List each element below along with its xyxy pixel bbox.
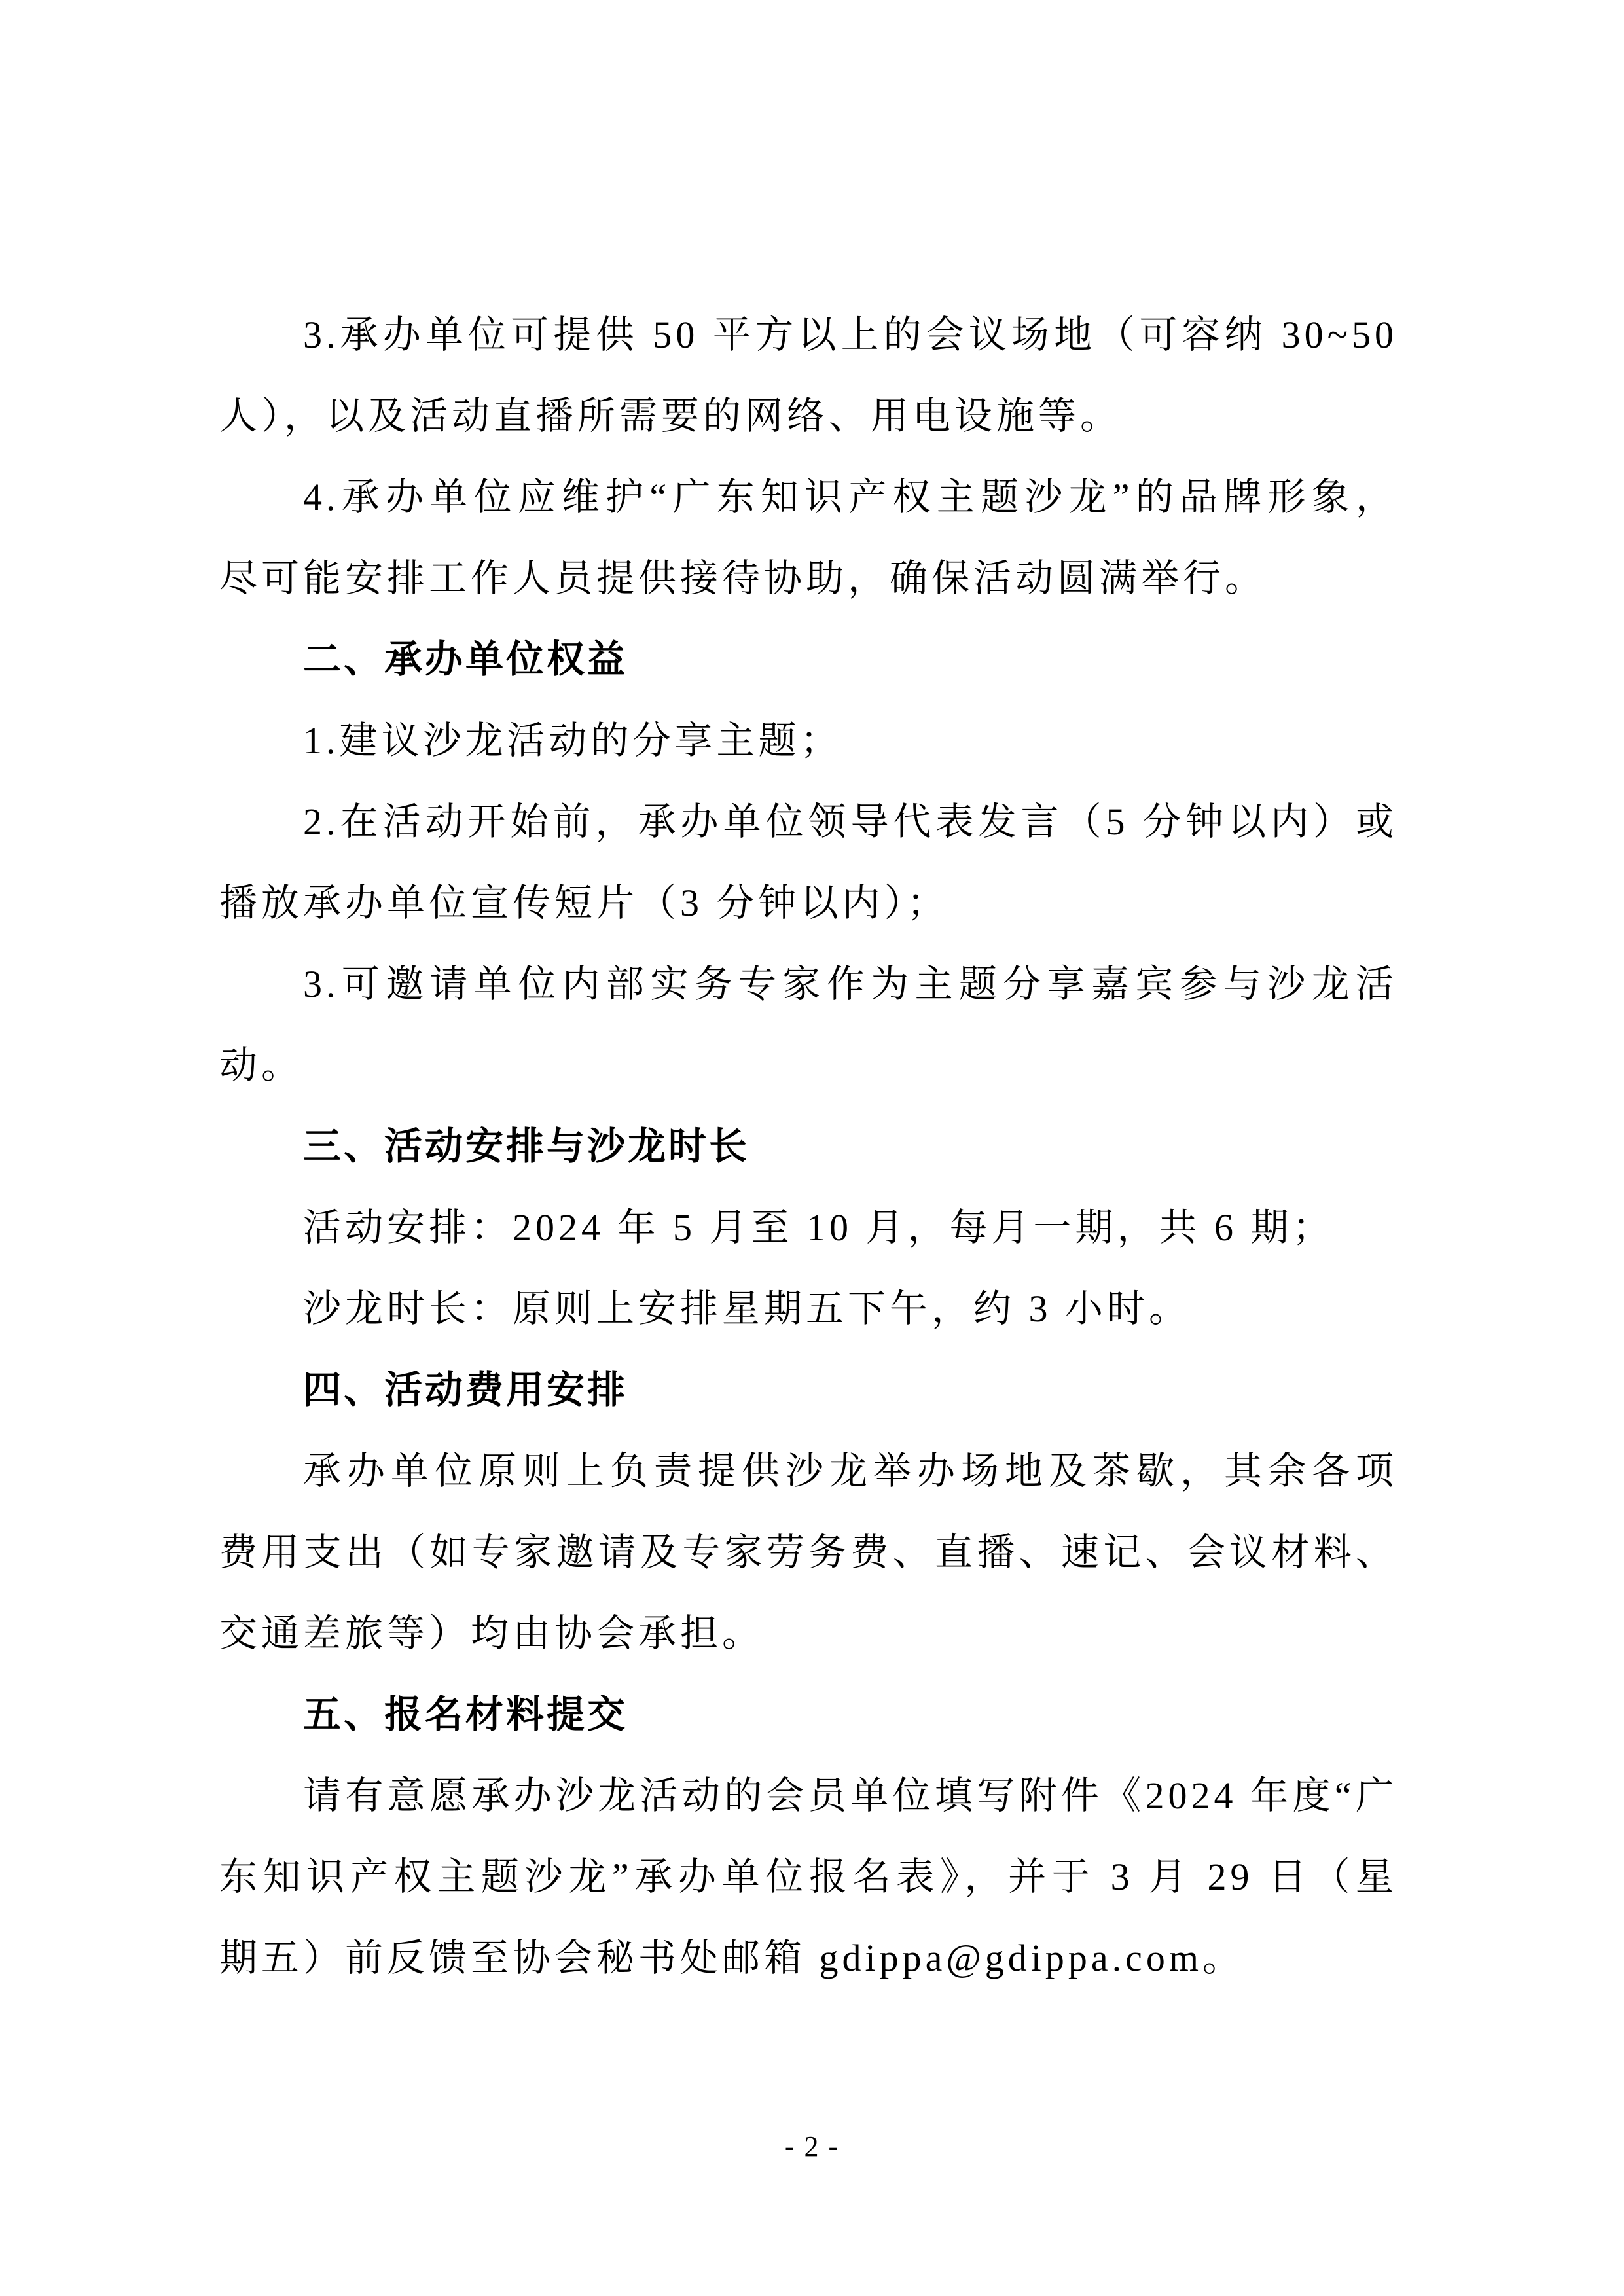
body-line: 东知识产权主题沙龙”承办单位报名表》，并于 3 月 29 日（星 xyxy=(219,1837,1398,1918)
body-line: 播放承办单位宣传短片（3 分钟以内）； xyxy=(219,863,1398,944)
body-line: 2.在活动开始前，承办单位领导代表发言（5 分钟以内）或 xyxy=(219,781,1398,863)
body-line: 3.承办单位可提供 50 平方以上的会议场地（可容纳 30~50 xyxy=(219,295,1398,376)
section-heading-application-submission: 五、报名材料提交 xyxy=(219,1674,1398,1755)
body-line: 1.建议沙龙活动的分享主题； xyxy=(219,700,1398,781)
body-line: 承办单位原则上负责提供沙龙举办场地及茶歇，其余各项 xyxy=(219,1431,1398,1512)
body-line: 动。 xyxy=(219,1025,1398,1106)
body-line: 尽可能安排工作人员提供接待协助，确保活动圆满举行。 xyxy=(219,538,1398,619)
page-number: - 2 - xyxy=(0,2126,1624,2168)
body-line: 活动安排：2024 年 5 月至 10 月，每月一期，共 6 期； xyxy=(219,1187,1398,1268)
body-line: 交通差旅等）均由协会承担。 xyxy=(219,1593,1398,1674)
section-heading-host-unit-rights: 二、承办单位权益 xyxy=(219,619,1398,700)
section-heading-schedule-duration: 三、活动安排与沙龙时长 xyxy=(219,1106,1398,1187)
body-line: 人），以及活动直播所需要的网络、用电设施等。 xyxy=(219,376,1398,457)
document-body: 3.承办单位可提供 50 平方以上的会议场地（可容纳 30~50 人），以及活动… xyxy=(219,295,1398,1999)
document-page: 3.承办单位可提供 50 平方以上的会议场地（可容纳 30~50 人），以及活动… xyxy=(0,0,1624,2296)
body-line: 沙龙时长：原则上安排星期五下午，约 3 小时。 xyxy=(219,1268,1398,1350)
body-line: 费用支出（如专家邀请及专家劳务费、直播、速记、会议材料、 xyxy=(219,1512,1398,1593)
body-line: 4.承办单位应维护“广东知识产权主题沙龙”的品牌形象， xyxy=(219,457,1398,538)
section-heading-cost-arrangement: 四、活动费用安排 xyxy=(219,1350,1398,1431)
body-line: 3.可邀请单位内部实务专家作为主题分享嘉宾参与沙龙活 xyxy=(219,944,1398,1025)
body-line-with-email: 期五）前反馈至协会秘书处邮箱 gdippa@gdippa.com。 xyxy=(219,1918,1398,1999)
body-line: 请有意愿承办沙龙活动的会员单位填写附件《2024 年度“广 xyxy=(219,1755,1398,1837)
